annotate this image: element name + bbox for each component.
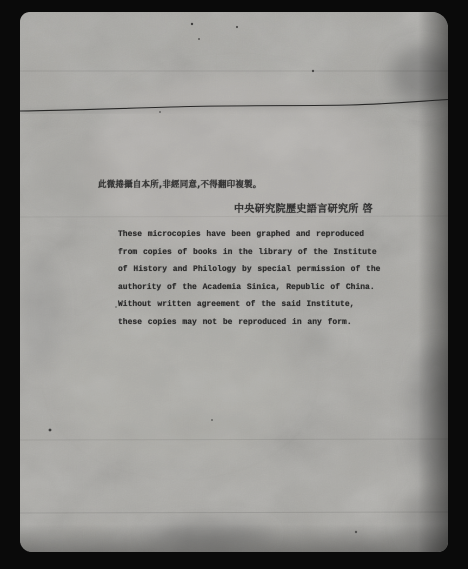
english-notice-line: of History and Philology by special perm…	[118, 261, 380, 279]
english-notice: These microcopies have been graphed and …	[118, 226, 380, 331]
english-notice-line: Without written agreement of the said In…	[118, 296, 380, 314]
chinese-notice-line-1: 此微捲攝自本所,非經同意,不得翻印複製。	[98, 178, 261, 190]
microfilm-frame: 此微捲攝自本所,非經同意,不得翻印複製。 中央研究院歷史語言研究所 啓 Thes…	[0, 0, 468, 569]
bottom-edge-shade	[20, 524, 448, 552]
english-notice-line: These microcopies have been graphed and …	[118, 226, 380, 244]
english-notice-line: these copies may not be reproduced in an…	[118, 314, 380, 332]
chinese-notice-line-2: 中央研究院歷史語言研究所 啓	[234, 200, 373, 215]
english-notice-line: from copies of books in the library of t…	[118, 244, 380, 262]
scanned-page: 此微捲攝自本所,非經同意,不得翻印複製。 中央研究院歷史語言研究所 啓 Thes…	[20, 12, 448, 552]
right-edge-shade	[418, 12, 448, 552]
english-notice-line: authority of the Academia Sinica, Republ…	[118, 279, 380, 297]
